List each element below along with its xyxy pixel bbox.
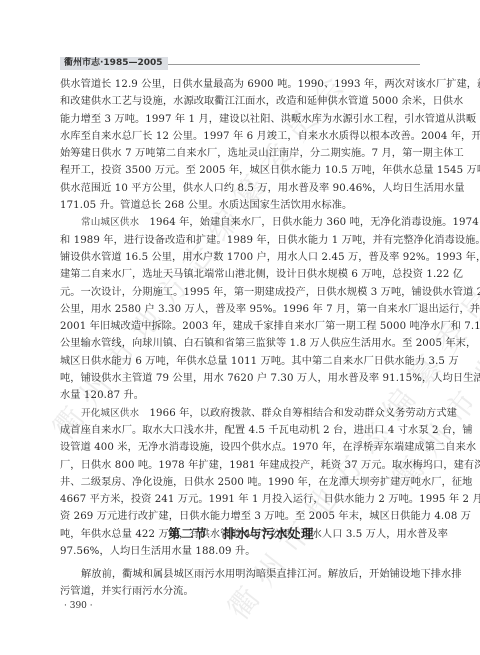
text-line: 能力增至 3 万吨。1997 年 1 月，建设以社阳、洪畈水库为水源引水工程，引… — [60, 111, 422, 128]
document-page: 衢州市地方志编纂委员会 衢州市地方志编纂委员会 衢州市地方志编纂委员会 衢州市志… — [0, 0, 480, 655]
text-line: 解放前，衢城和属县城区雨污水用明沟暗渠直排江河。解放后，开始铺设地下排水排 — [60, 566, 422, 583]
text-line: 供水管道长 12.9 公里，日供水量最高为 6900 吨。1990、1993 年… — [60, 76, 422, 93]
text-line: 程开工，投资 3500 万元。至 2005 年，城区日供水能力 10.5 万吨，… — [60, 162, 422, 179]
lead-term: 开化城区供水 — [81, 408, 139, 419]
text-line: 成首座自来水厂。取水大口浅水井，配置 4.5 千瓦电动机 2 台，进出口 4 寸… — [60, 422, 422, 439]
text-line: 开化城区供水 1966 年，以政府拨款、群众自筹相结合和发动群众义务劳动方式建 — [60, 405, 422, 422]
section-number: 第二节 — [168, 526, 207, 541]
section-paragraph: 解放前，衢城和属县城区雨污水用明沟暗渠直排江河。解放后，开始铺设地下排水排 污管… — [60, 566, 422, 601]
text-line: 建第二自来水厂，选址天马镇北端常山港北侧，设计日供水规模 6 万吨，总投资 1.… — [60, 266, 422, 283]
text-line: 97.56%，人均日生活用水量 188.09 升。 — [60, 543, 422, 560]
text-line: 城区日供水能力 6 万吨，年供水总量 1011 万吨。其中第二自来水厂日供水能力… — [60, 353, 422, 370]
text-line: 公里输水管线，向球川镇、白石镇和省第三监狱等 1.8 万人供应生活用水。至 20… — [60, 335, 422, 352]
text-line: 始筹建日供水 7 万吨第二自来水厂，选址灵山江南岸，分二期实施。7 月，第一期主… — [60, 145, 422, 162]
text-line: 水库至自来水总厂长 12 公里。1997 年 6 月竣工，自来水水质得以根本改善… — [60, 128, 422, 145]
text-line: 常山城区供水 1964 年，始建自来水厂，日供水能力 360 吨，无净化消毒设施… — [60, 214, 422, 231]
text-line: 设管道 400 米，无净水消毒设施，设四个供水点。1970 年，在浮桥弄东端建成… — [60, 439, 422, 456]
text-line: 水量 120.87 升。 — [60, 387, 422, 404]
running-header: 衢州市志·1985—2005 — [60, 50, 420, 65]
text-line: 厂，日供水 800 吨。1978 年扩建，1981 年建成投产，耗资 37 万元… — [60, 457, 422, 474]
paragraph-continuation: 供水管道长 12.9 公里，日供水量最高为 6900 吨。1990、1993 年… — [60, 76, 422, 214]
body-text: 供水管道长 12.9 公里，日供水量最高为 6900 吨。1990、1993 年… — [60, 76, 422, 560]
text-line: 和 1989 年，进行设备改造和扩建。1989 年，日供水能力 1 万吨，并有完… — [60, 232, 422, 249]
text-line: 4667 平方米，投资 241 万元。1991 年 1 月投入运行，日供水能力 … — [60, 491, 422, 508]
text-line: 元。一次设计，分期施工。1995 年，第一期建成投产，日供水规模 3 万吨，铺设… — [60, 284, 422, 301]
text-line: 和改建供水工艺与设施，水源改取衢江江面水，改造和延伸供水管道 5000 余米，日… — [60, 93, 422, 110]
text-line: 井、二级泵房、净化设施，日供水 2500 吨。1990 年，在龙潭大坝旁扩建万吨… — [60, 474, 422, 491]
text-line: 供水范围近 10 平方公里，供水人口约 8.5 万，用水普及率 90.46%，人… — [60, 180, 422, 197]
text-line: 污管道，并实行雨污水分流。 — [60, 583, 422, 600]
text-line: 吨，铺设供水主管道 79 公里，用水 7620 户 7.30 万人，用水普及率 … — [60, 370, 422, 387]
paragraph-changshan-water-supply: 常山城区供水 1964 年，始建自来水厂，日供水能力 360 吨，无净化消毒设施… — [60, 214, 422, 404]
text-run: 1964 年，始建自来水厂，日供水能力 360 吨，无净化消毒设施。1974 — [149, 217, 478, 228]
text-line: 铺设供水管道 16.5 公里，用水户数 1700 户，用水人口 2.45 万，普… — [60, 249, 422, 266]
running-header-title: 衢州市志·1985—2005 — [60, 57, 168, 70]
page-number: · 390 · — [64, 601, 93, 611]
text-line: 公里，用水 2580 户 3.30 万人，普及率 95%。1996 年 7 月，… — [60, 301, 422, 318]
section-heading: 第二节排水与污水处理 — [60, 524, 422, 542]
text-run: 1966 年，以政府拨款、群众自筹相结合和发动群众义务劳动方式建 — [149, 408, 456, 419]
text-line: 171.05 升。管道总长 268 公里。水质达国家生活饮用水标准。 — [60, 197, 422, 214]
section-title: 排水与污水处理 — [223, 526, 314, 541]
lead-term: 常山城区供水 — [81, 217, 139, 228]
text-line: 2001 年旧城改造中拆除。2003 年，建成千家排自来水厂第一期工程 5000… — [60, 318, 422, 335]
